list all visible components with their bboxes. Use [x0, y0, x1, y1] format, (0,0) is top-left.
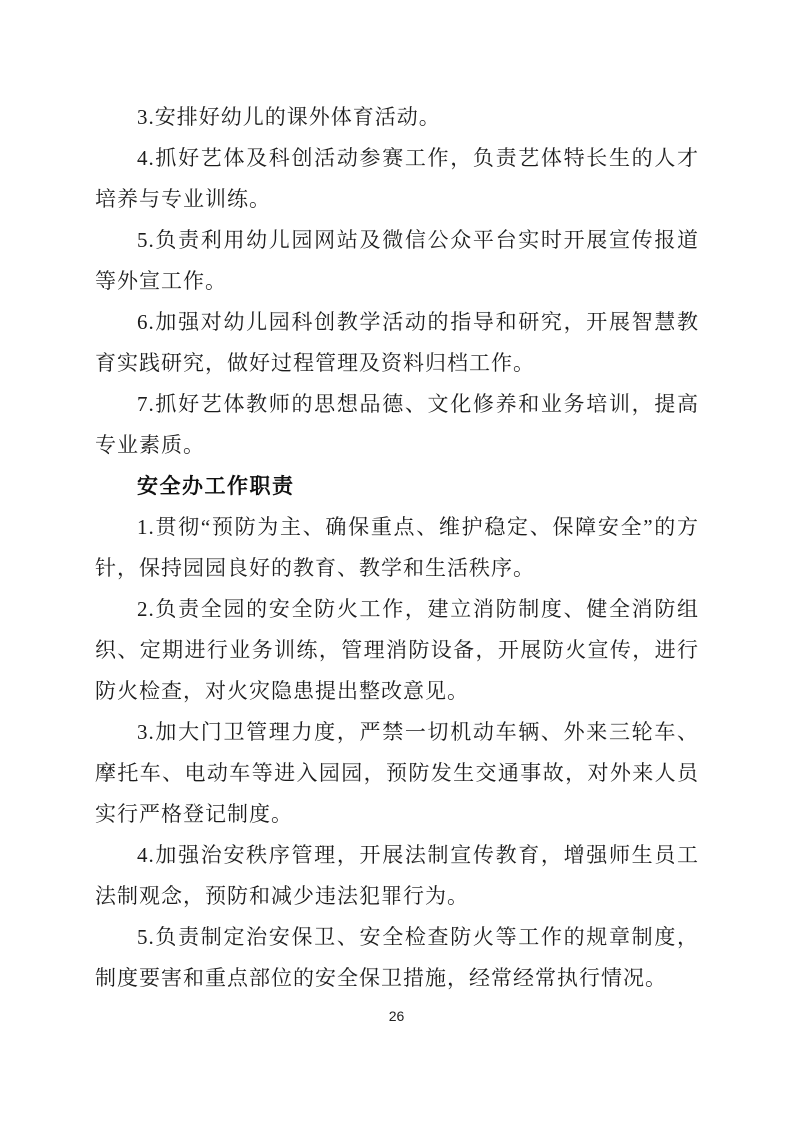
- paragraph-item-5-safety: 5.负责制定治安保卫、安全检查防火等工作的规章制度，制度要害和重点部位的安全保卫…: [95, 917, 699, 999]
- paragraph-item-6-arts: 6.加强对幼儿园科创教学活动的指导和研究，开展智慧教育实践研究，做好过程管理及资…: [95, 302, 699, 384]
- paragraph-item-7-arts: 7.抓好艺体教师的思想品德、文化修养和业务培训，提高专业素质。: [95, 384, 699, 466]
- paragraph-item-2-safety: 2.负责全园的安全防火工作，建立消防制度、健全消防组织、定期进行业务训练，管理消…: [95, 589, 699, 712]
- page-number: 26: [0, 1006, 793, 1026]
- section-heading-safety-office: 安全办工作职责: [95, 466, 699, 507]
- paragraph-item-3-safety: 3.加大门卫管理力度，严禁一切机动车辆、外来三轮车、摩托车、电动车等进入园园，预…: [95, 712, 699, 835]
- paragraph-item-1-safety: 1.贯彻“预防为主、确保重点、维护稳定、保障安全”的方针，保持园园良好的教育、教…: [95, 507, 699, 589]
- paragraph-item-5-arts: 5.负责利用幼儿园网站及微信公众平台实时开展宣传报道等外宣工作。: [95, 220, 699, 302]
- document-page: 3.安排好幼儿的课外体育活动。 4.抓好艺体及科创活动参赛工作，负责艺体特长生的…: [0, 0, 793, 1122]
- paragraph-item-4-arts: 4.抓好艺体及科创活动参赛工作，负责艺体特长生的人才培养与专业训练。: [95, 138, 699, 220]
- paragraph-item-4-safety: 4.加强治安秩序管理，开展法制宣传教育，增强师生员工法制观念，预防和减少违法犯罪…: [95, 835, 699, 917]
- document-body: 3.安排好幼儿的课外体育活动。 4.抓好艺体及科创活动参赛工作，负责艺体特长生的…: [95, 97, 699, 999]
- paragraph-item-3-arts: 3.安排好幼儿的课外体育活动。: [95, 97, 699, 138]
